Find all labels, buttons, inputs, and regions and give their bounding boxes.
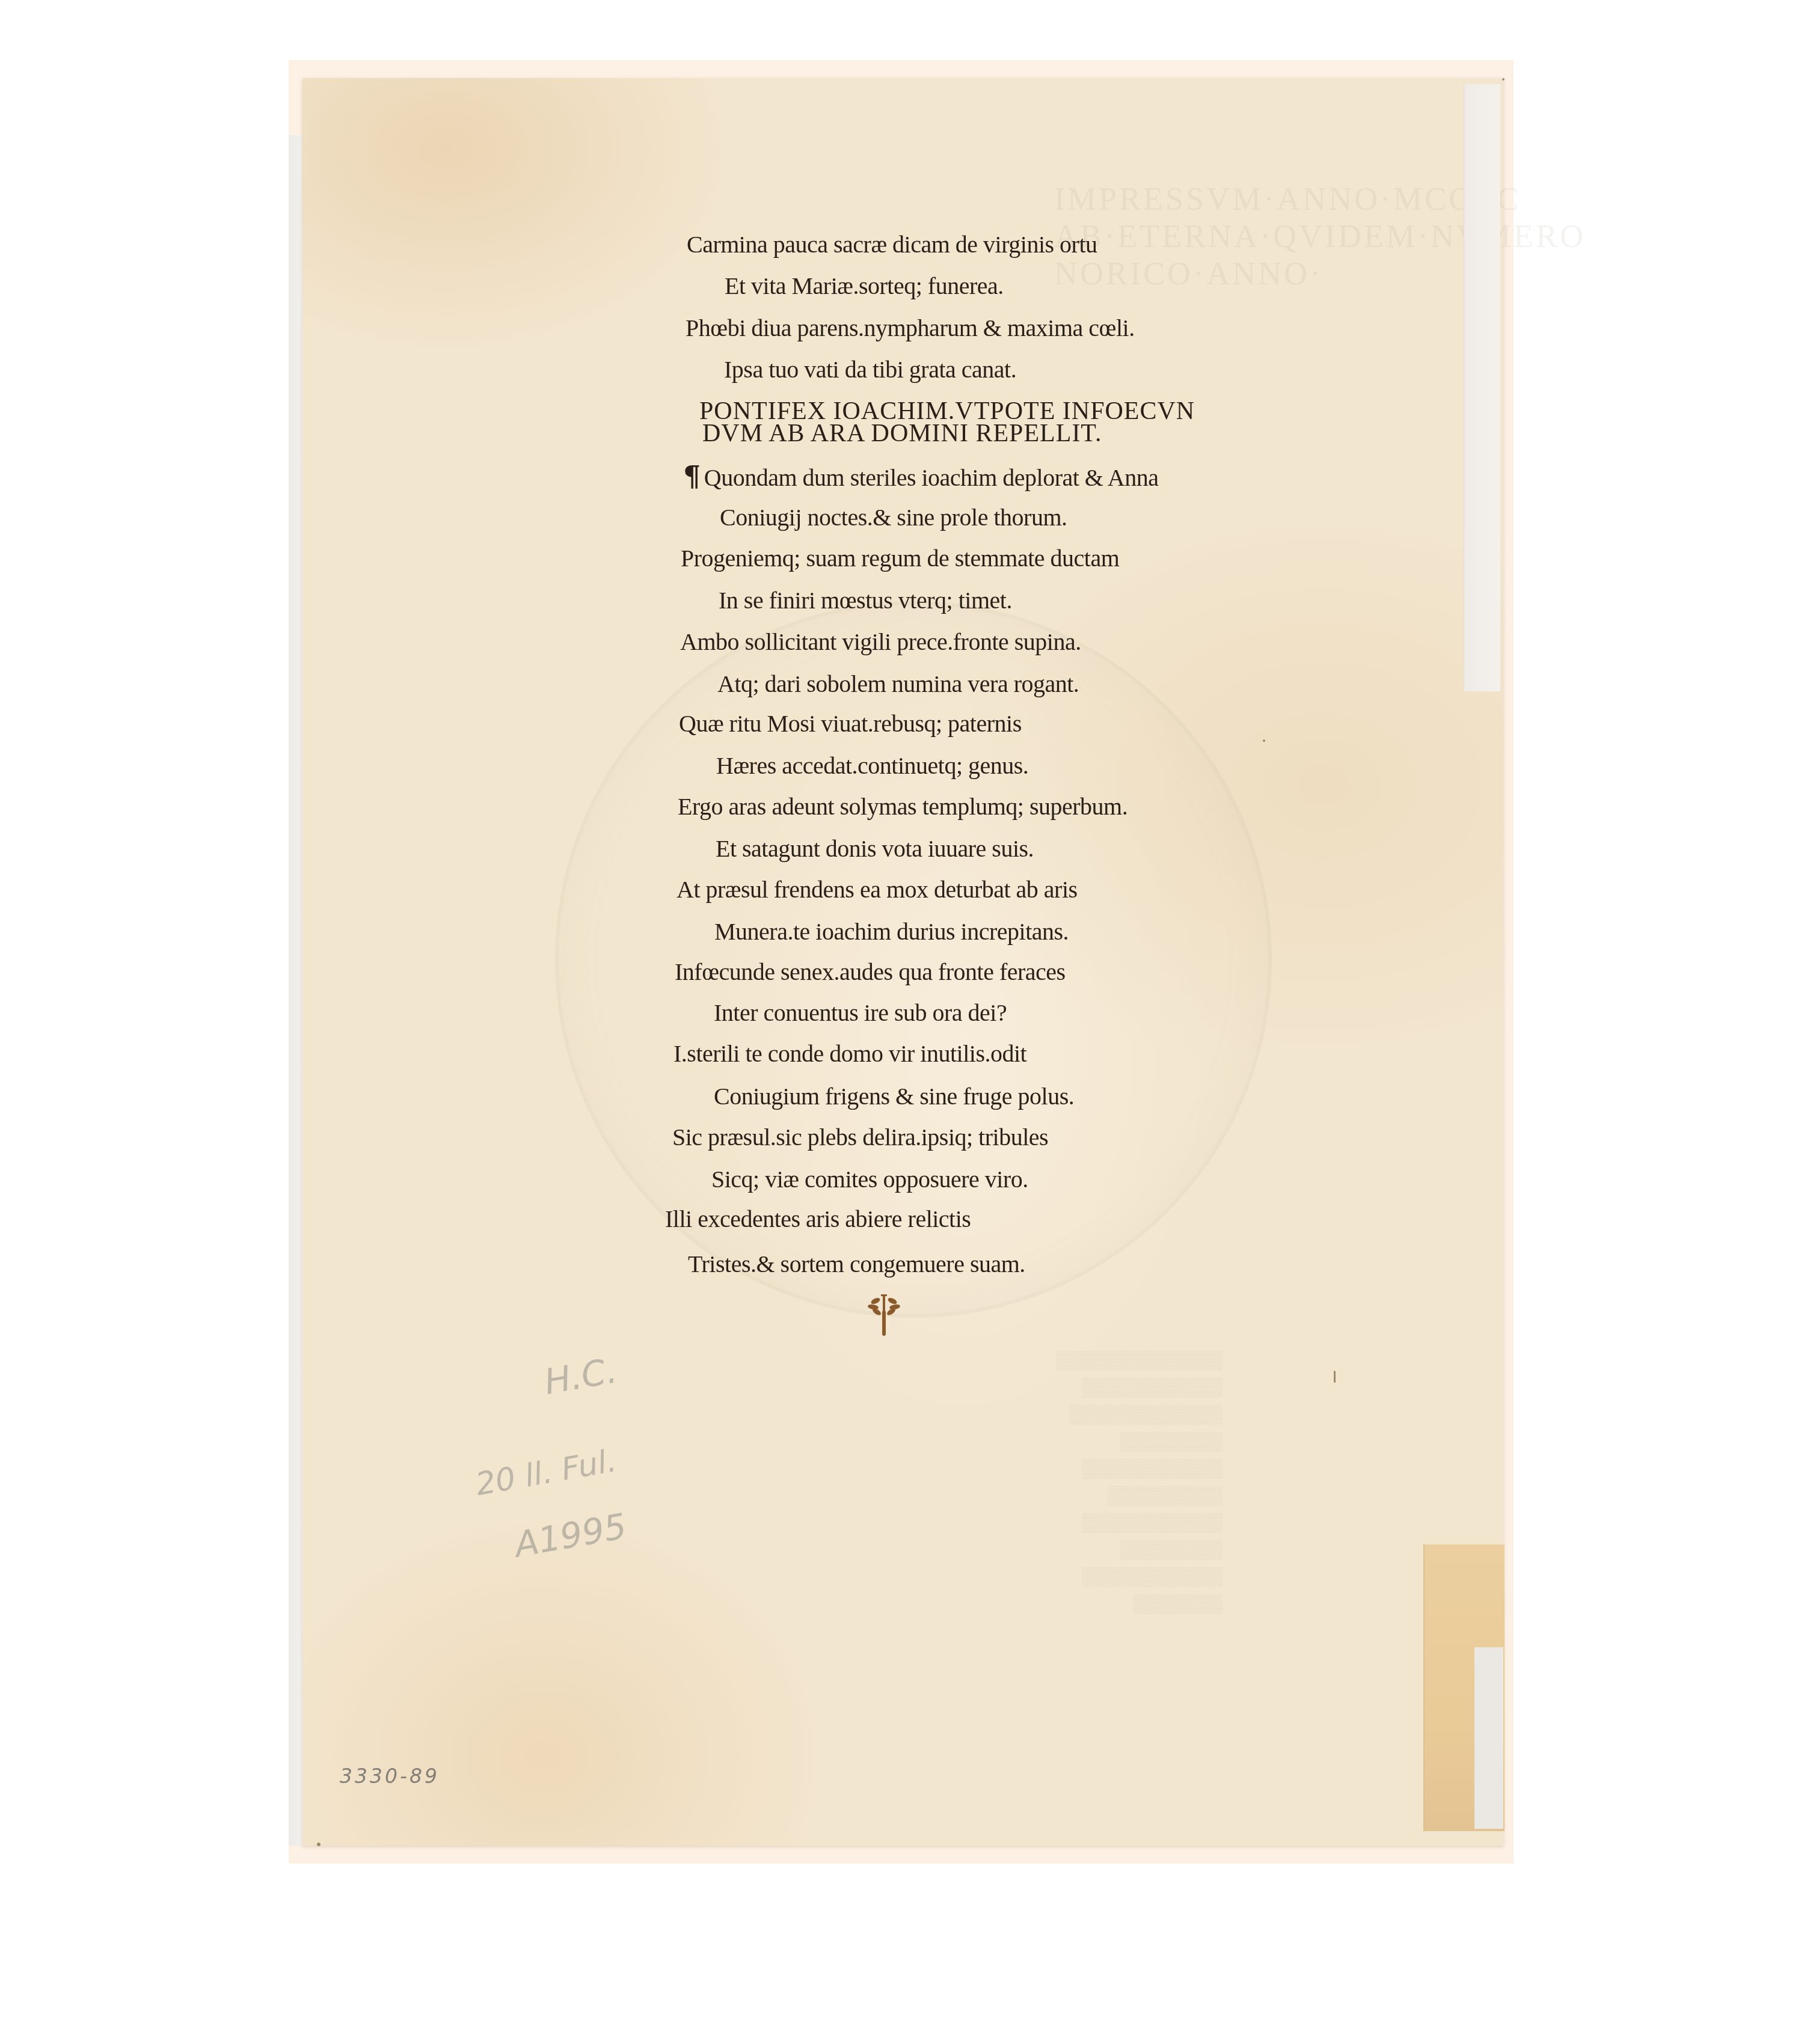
verse-line: Et satagunt donis vota iuuare suis. [716,834,1034,863]
verse-line: Quæ ritu Mosi viuat.rebusq; paternis [679,709,1022,738]
inventory-number: 3330-89 [340,1764,440,1788]
verse-line: Et vita Mariæ.sorteq; funerea. [725,272,1004,300]
verse-line: I.sterili te conde domo vir inutilis.odi… [673,1039,1026,1068]
pilcrow-icon: ¶ [683,460,701,492]
verse-line: In se finiri mœstus vterq; timet. [719,586,1012,614]
verse-line: Coniugium frigens & sine fruge polus. [714,1082,1074,1110]
paper-speck [1263,739,1265,742]
verse-line: Sic præsul.sic plebs delira.ipsiq; tribu… [672,1123,1048,1151]
verse-line: Hæres accedat.continuetq; genus. [716,751,1028,780]
verse-line: Ipsa tuo vati da tibi grata canat. [724,355,1016,384]
verse-line: Tristes.& sortem congemuere suam. [688,1250,1025,1278]
verse-line: Phœbi diua parens.nympharum & maxima cœl… [686,314,1135,342]
verse-line: Sicq; viæ comites opposuere viro. [711,1165,1028,1193]
paper-speck [317,1843,321,1846]
verse-line: Coniugij noctes.& sine prole thorum. [720,503,1067,531]
verse-line: ¶Quondam dum steriles ioachim deplorat &… [683,460,1158,492]
paper-speck [1502,78,1505,81]
paper-speck [1334,1371,1336,1383]
verse-line: Progeniemq; suam regum de stemmate ducta… [681,544,1119,572]
fleuron-leaf-icon [866,1293,902,1338]
verse-line: Munera.te ioachim durius increpitans. [714,917,1069,946]
section-heading-line2: DVM AB ARA DOMINI REPELLIT. [702,419,1102,448]
verse-line: Carmina pauca sacræ dicam de virginis or… [687,230,1097,259]
verse-line: Ergo aras adeunt solymas templumq; super… [678,792,1127,821]
verse-line: At præsul frendens ea mox deturbat ab ar… [677,875,1078,904]
verse-line: Illi excedentes aris abiere relictis [665,1205,971,1233]
verse-line: Ambo sollicitant vigili prece.fronte sup… [680,628,1081,656]
text-block: Carmina pauca sacræ dicam de virginis or… [0,0,1804,2044]
verse-line: Inter conuentus ire sub ora dei? [714,999,1007,1027]
verse-line: Atq; dari sobolem numina vera rogant. [717,670,1079,698]
verse-line: Infœcunde senex.audes qua fronte feraces [675,958,1066,986]
